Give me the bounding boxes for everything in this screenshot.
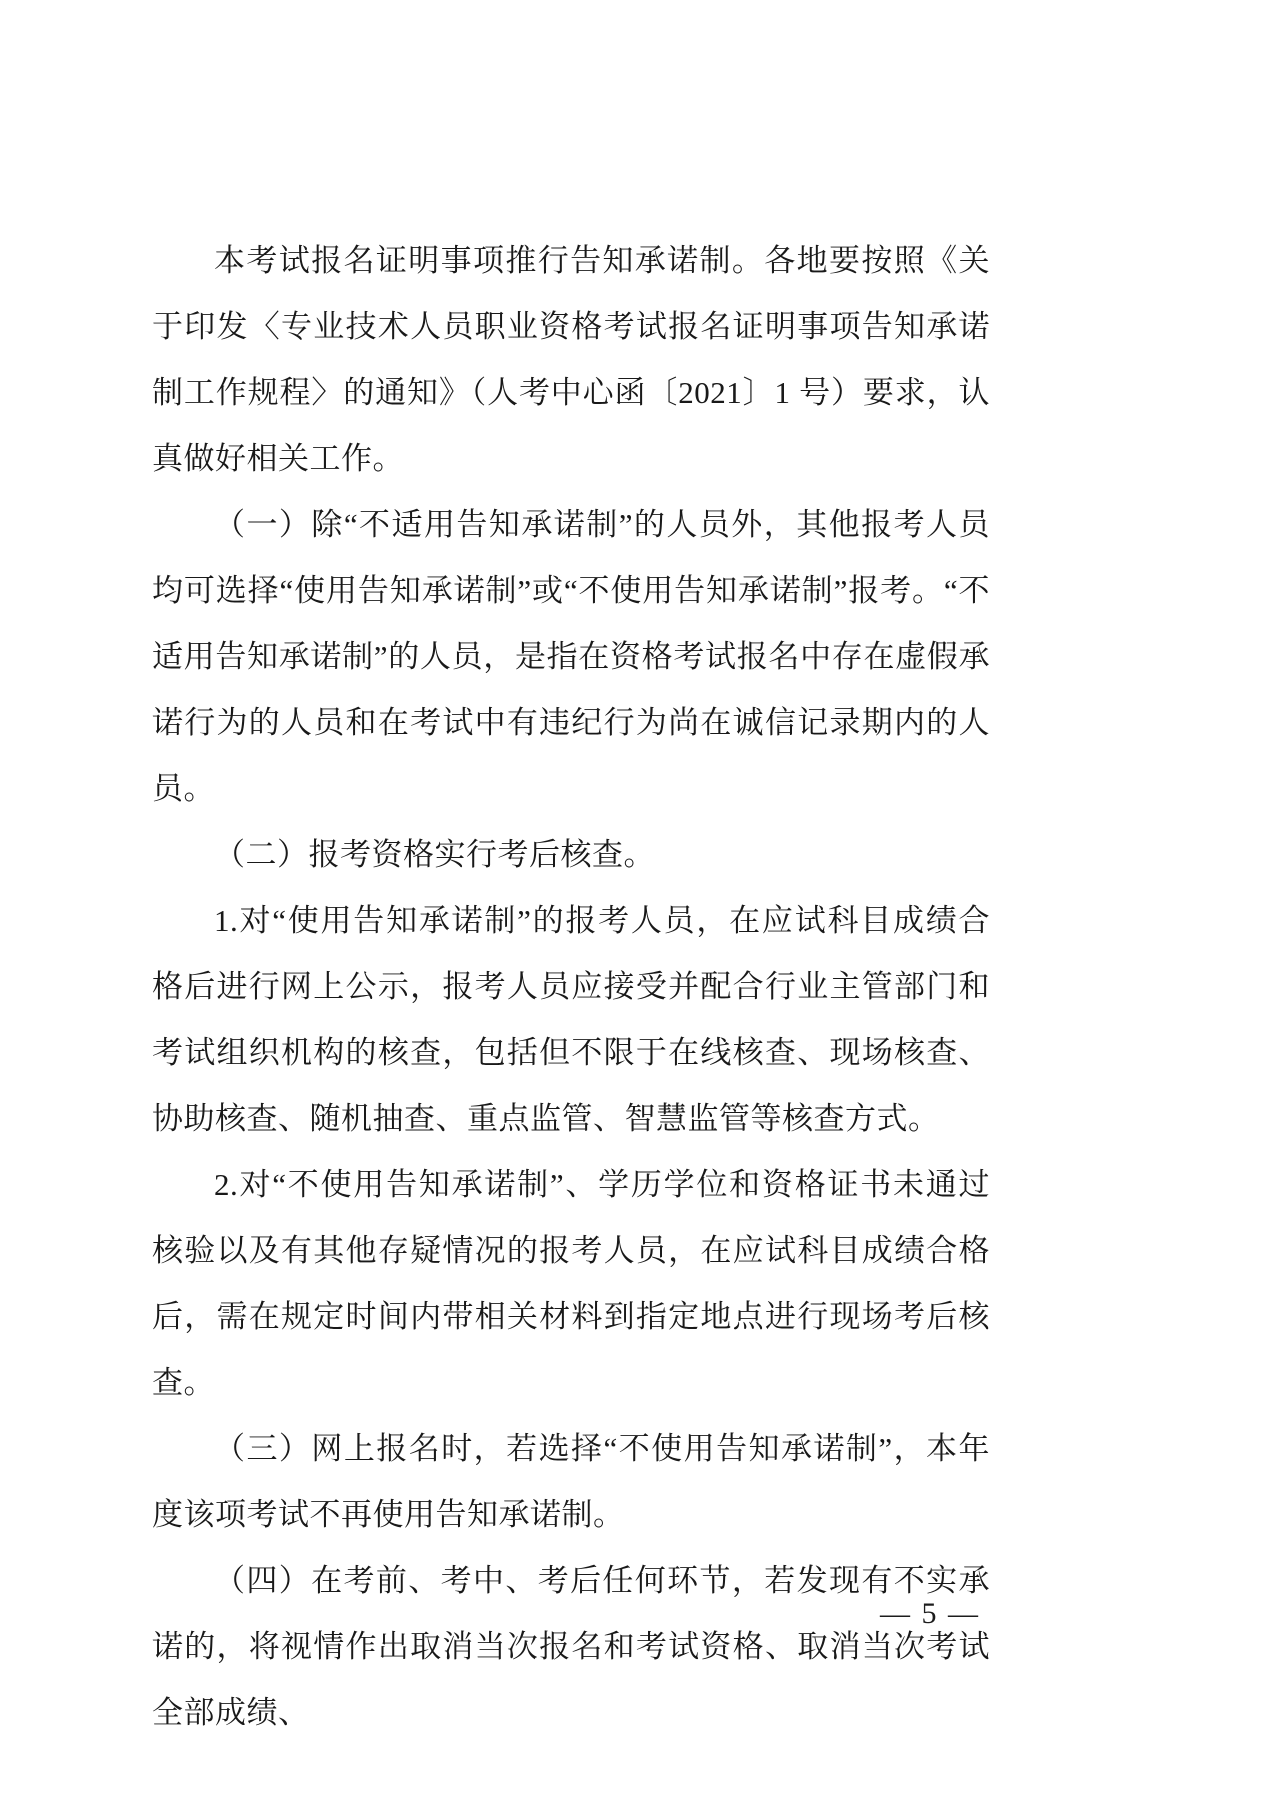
paragraph-intro: 本考试报名证明事项推行告知承诺制。各地要按照《关于印发〈专业技术人员职业资格考试…	[152, 228, 990, 492]
document-body: 本考试报名证明事项推行告知承诺制。各地要按照《关于印发〈专业技术人员职业资格考试…	[152, 228, 990, 1746]
paragraph-item-2: （二）报考资格实行考后核查。	[152, 822, 990, 888]
paragraph-item-1: （一）除“不适用告知承诺制”的人员外，其他报考人员均可选择“使用告知承诺制”或“…	[152, 492, 990, 822]
page-number: — 5 —	[880, 1597, 980, 1630]
document-page: 本考试报名证明事项推行告知承诺制。各地要按照《关于印发〈专业技术人员职业资格考试…	[0, 0, 1280, 1809]
paragraph-item-3: （三）网上报名时，若选择“不使用告知承诺制”，本年度该项考试不再使用告知承诺制。	[152, 1416, 990, 1548]
paragraph-item-2-sub-1: 1.对“使用告知承诺制”的报考人员，在应试科目成绩合格后进行网上公示，报考人员应…	[152, 888, 990, 1152]
paragraph-item-2-sub-2: 2.对“不使用告知承诺制”、学历学位和资格证书未通过核验以及有其他存疑情况的报考…	[152, 1152, 990, 1416]
paragraph-item-4: （四）在考前、考中、考后任何环节，若发现有不实承诺的，将视情作出取消当次报名和考…	[152, 1548, 990, 1746]
page-footer: — 5 —	[880, 1596, 980, 1632]
